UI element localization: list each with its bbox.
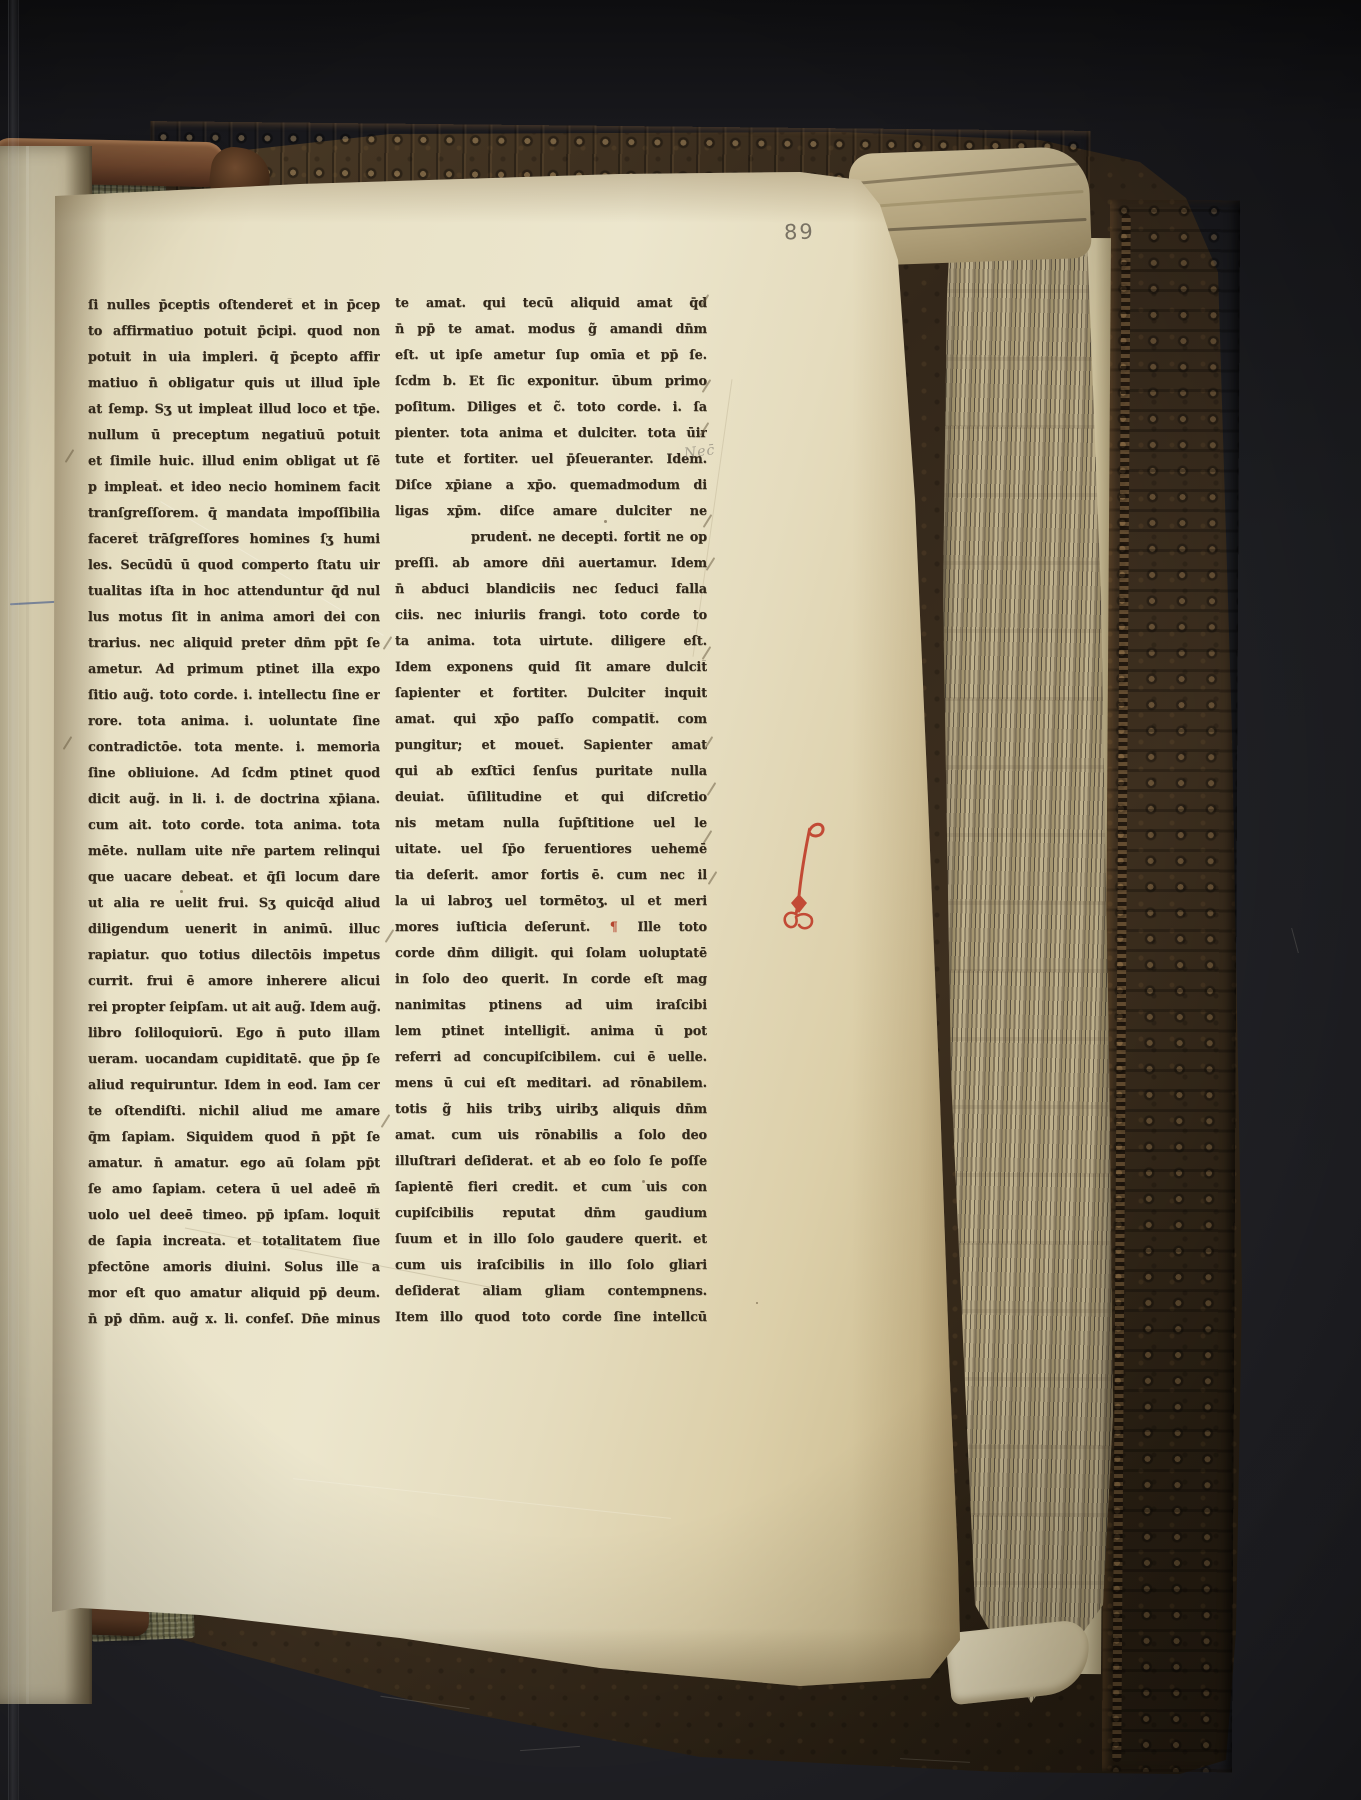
manuscript-line: n̄ abduci blandiciis nec ſeduci falla [395,582,707,608]
page-edge-line [856,190,1084,209]
manuscript-line: potuit in uia impleri. q̄ p̄cepto affir [88,350,380,376]
parchment-crease [293,1478,671,1519]
red-paraph-mark: ¶ [608,920,620,935]
manuscript-line: deſiderat aliam gl̄iam contempnens. [395,1284,707,1310]
manuscript-line: deuiat. ūſilitudine et qui diſcretio [395,790,707,816]
manuscript-line: q̄m ſapiam. Siquidem quod n̄ pp̄t ſe [88,1130,380,1156]
manuscript-line: de ſapia increata. et totalitatem ſiue [88,1234,380,1260]
manuscript-line: mēte. nullam uite nr̄e partem relinqui [88,844,380,870]
manuscript-line: ſitio aug̃. toto corde. i. intellectu ſi… [88,688,380,714]
manuscript-line: tia deſerit. amor fortis ē. cum nec il [395,868,707,894]
manuscript-line: ligas xp̄m. diſce amare dulciter ne [395,504,707,530]
manuscript-line: amatur. n̄ amatur. ego aū ſolam pp̄t [88,1156,380,1182]
manuscript-line: dicit aug̃. in li. i. de doctrina xp̄ian… [88,792,380,818]
manuscript-line: ſi nulles p̄ceptis oſtenderet̄ et in p̄c… [88,298,380,324]
manuscript-line: cum ait. toto corde. tota anima. tota [88,818,380,844]
text-column-right: te amat. qui tecū aliquid amat q̄dn̄ pp̄… [395,296,707,1336]
manuscript-line: la ui labroʒ uel tormētoʒ. ul et meri [395,894,707,920]
ink-speck [756,1302,758,1304]
manuscript-line: lem ptinet intelligit̄. anima ū pot [395,1024,707,1050]
manuscript-line: Item illo quod toto corde ſine intellcū [395,1310,707,1336]
manuscript-line: mens ū cui eſt meditari. ad rōnabilem. [395,1076,707,1102]
manuscript-line: ſapienter et fortiter. Dulciter inquit [395,686,707,712]
pencil-folio-number: 89 [784,219,816,244]
manuscript-line: ametur. Ad primum ptinet illa expo [88,662,380,688]
manuscript-line: que uacare debeat. et q̄ſi locum dare [88,870,380,896]
manuscript-line: ut alia re uelit frui. Sʒ quicq̄d aliud [88,896,380,922]
manuscript-line: ſe amo ſapiam. cetera ū uel adeē m̄ [88,1182,380,1208]
manuscript-line: pienter. tota anima et dulciter. tota ūi… [395,426,707,452]
manuscript-line: n̄ pp̄ te amat. modus g̃ amandi dn̄m [395,322,707,348]
manuscript-line: pfectōne amoris diuini. Solus ille a [88,1260,380,1286]
manuscript-line: diligendum uenerit in animū. illuc [88,922,380,948]
manuscript-line: illuſtrari deſiderat. et ab eo ſolo ſe p… [395,1154,707,1180]
manuscript-line: mor eſt quo amatur aliquid pp̄ deum. [88,1286,380,1312]
manuscript-line: eſt. ut ipſe ametur ſup omīa et pp̄ ſe. [395,348,707,374]
manuscript-line: preſſi. ab amore dn̄i auertamur. Idem [395,556,707,582]
manuscript-line: uolo uel deeē timeo. pp̄ ipſam. loquit̄ [88,1208,380,1234]
manuscript-line: ſine obliuione. Ad ſcd̄m ptinet quod [88,766,380,792]
manuscript-line: cupiſcibilis reputat dn̄m gaudium [395,1206,707,1232]
manuscript-line: et ſimile huic. illud enim obligat ut ſē [88,454,380,480]
manuscript-line: amat. cum uis rōnabilis a ſolo deo [395,1128,707,1154]
manuscript-line: in ſolo deo querit. In corde eſt mag [395,972,707,998]
manuscript-line: lus motus ſit in anima amori dei con [88,610,380,636]
manuscript-line: corde dn̄m diligit. qui ſolam uoluptatē [395,946,707,972]
manuscript-line: Idem exponens quid ſit amare dulcit̄ [395,660,707,686]
manuscript-line: Diſce xp̄iane a xp̄o. quemadmodum di [395,478,707,504]
manuscript-line: nis metam nulla ſup̄ſtitione uel le [395,816,707,842]
manuscript-line: poſitum. Diliges et c̃. toto corde. i. ſ… [395,400,707,426]
page-edge-line [855,218,1087,233]
manuscript-line: ſuum et in illo ſolo gaudere querit. et [395,1232,707,1258]
manuscript-line: rore. tota anima. i. uoluntate ſine [88,714,380,740]
manuscript-line: rapiatur. quo totius dilectōis impetus [88,948,380,974]
photograph-of-open-manuscript: uo tuo.sʒ plaſitumultraua pluſm̄ ſcptubu… [0,0,1361,1800]
manuscript-line: cum uis iraſcibilis in illo ſolo gl̄iari [395,1258,707,1284]
manuscript-line: currit. frui ē amore inherere alicui [88,974,380,1000]
manuscript-line: referri ad concupiſcibilem. cui ē uelle. [395,1050,707,1076]
manuscript-line: ta anima. tota uirtute. diligere eſt. [395,634,707,660]
manuscript-line: n̄ pp̄ dn̄m. aug̃ x. li. confeſ. Dn̄e mi… [88,1312,380,1338]
manuscript-line: qui ab exſtīci ſenſus puritate nulla [395,764,707,790]
manuscript-line: faceret̄ trāſgreſſores homines ſʒ humi [88,532,380,558]
background-scratch [1291,928,1299,953]
manuscript-line: at ſemp. Sʒ ut impleat illud loco et tp̄… [88,402,380,428]
manuscript-line: nanimitas ptinens ad uim iraſcibi [395,998,707,1024]
sliver-fold [26,146,29,1704]
manuscript-line: ueram. uocandam cupiditatē. que p̄p ſe [88,1052,380,1078]
page-edge-line [859,162,1078,184]
manuscript-line: tualitas iſta in hoc attenduntur q̄d nul [88,584,380,610]
red-paraph-flourish [782,818,832,940]
manuscript-line: to affirmatiuo potuit p̄cipi. quod non [88,324,380,350]
manuscript-line: contradictōe. tota mente. i. memoria [88,740,380,766]
manuscript-line: ciis. nec iniuriis frangi. toto corde to [395,608,707,634]
manuscript-line: te oſtendiſti. nichil aliud me amare [88,1104,380,1130]
background-scratch [520,1746,580,1751]
manuscript-line: les. Secūdū ū quod comperto ſtatu uir [88,558,380,584]
manuscript-line: trarius. nec aliquid preter dn̄m pp̄t ſe [88,636,380,662]
manuscript-line: totis g̃ hiis tribʒ uiribʒ aliquis dn̄m [395,1102,707,1128]
manuscript-line: prudent̄. ne decepti. fortit̄ ne op [395,530,707,556]
manuscript-line: uitate. uel ſp̄o feruentiores uehemē [395,842,707,868]
manuscript-line: matiuo n̄ obligatur quis ut illud īple [88,376,380,402]
manuscript-line: p impleat̄. et ideo necio hominem facit [88,480,380,506]
text-column-left: ſi nulles p̄ceptis oſtenderet̄ et in p̄c… [88,298,380,1338]
manuscript-line: te amat. qui tecū aliquid amat q̄d [395,296,707,322]
manuscript-line: libro ſoliloquiorū. Ego n̄ puto illam [88,1026,380,1052]
manuscript-line: rei propter ſeipſam. ut ait aug̃. Idem a… [88,1000,380,1026]
manuscript-line: pungitur; et mouet̄. Sapienter amat [395,738,707,764]
manuscript-line: ſapientē fieri credit. et cum uis con [395,1180,707,1206]
manuscript-line: aliud requiruntur. Idem in eod̄. Iam cer [88,1078,380,1104]
glass-cradle-edge [8,0,19,1800]
manuscript-line: tute et fortiter. uel p̄ſeueranter. Idem… [395,452,707,478]
manuscript-line: amat. qui xp̄o paſſo compatit̄. com [395,712,707,738]
manuscript-line: ſcd̄m b. Et ſic exponitur. ūbum primo [395,374,707,400]
manuscript-line: mores iuſticia deſerunt̄. ¶ Ille toto [395,920,707,946]
manuscript-line: nullum ū preceptum negatiuū potuit [88,428,380,454]
manuscript-line: tranſgreſſorem. q̄ mandata impoſſibilia [88,506,380,532]
